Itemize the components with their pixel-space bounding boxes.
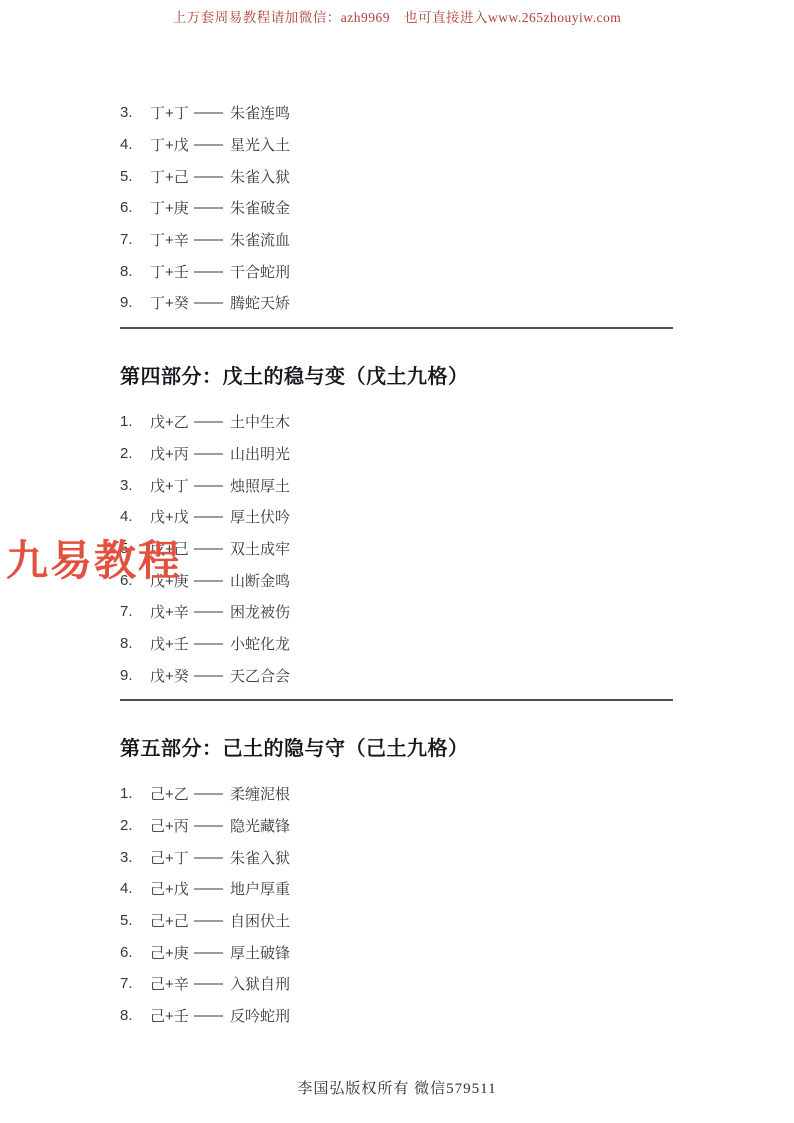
dash-separator: —— [194,508,230,525]
dash-separator: —— [194,849,230,866]
dash-separator: —— [194,445,230,462]
stem-pair: 己+庚 [150,942,194,963]
section-ding-list: 3. 丁+丁 —— 朱雀连鸣 4. 丁+戊 —— 星光入土 5. 丁+己 —— … [120,97,673,319]
section-wu: 第四部分：戊土的稳与变（戊土九格） 1. 戊+乙 —— 土中生木 2. 戊+丙 … [120,364,673,691]
dash-separator: —— [194,912,230,929]
item-name: 干合蛇刑 [230,261,673,282]
item-number: 5. [120,168,150,185]
section-divider [120,699,673,701]
dash-separator: —— [194,603,230,620]
dash-separator: —— [194,168,230,185]
dash-separator: —— [194,785,230,802]
item-name: 自困伏土 [230,910,673,931]
item-number: 9. [120,667,150,684]
list-item: 6. 戊+庚 —— 山断金鸣 [120,564,673,596]
stem-pair: 戊+戊 [150,506,194,527]
stem-pair: 己+戊 [150,878,194,899]
item-number: 3. [120,104,150,121]
item-name: 星光入土 [230,134,673,155]
item-number: 3. [120,477,150,494]
list-item: 8. 戊+壬 —— 小蛇化龙 [120,628,673,660]
dash-separator: —— [194,231,230,248]
stem-pair: 丁+丁 [150,102,194,123]
item-name: 天乙合会 [230,665,673,686]
list-item: 4. 戊+戊 —— 厚土伏吟 [120,501,673,533]
item-name: 朱雀破金 [230,197,673,218]
item-number: 2. [120,817,150,834]
list-item: 3. 己+丁 —— 朱雀入狱 [120,841,673,873]
stem-pair: 戊+壬 [150,633,194,654]
item-name: 腾蛇天矫 [230,292,673,313]
dash-separator: —— [194,817,230,834]
section-ji: 第五部分：己土的隐与守（己土九格） 1. 己+乙 —— 柔缠泥根 2. 己+丙 … [120,736,673,1032]
list-item: 9. 戊+癸 —— 天乙合会 [120,659,673,691]
list-wu: 1. 戊+乙 —— 土中生木 2. 戊+丙 —— 山出明光 3. 戊+丁 —— … [120,406,673,691]
stem-pair: 己+己 [150,910,194,931]
dash-separator: —— [194,667,230,684]
stem-pair: 丁+己 [150,166,194,187]
dash-separator: —— [194,136,230,153]
item-name: 朱雀入狱 [230,847,673,868]
item-name: 柔缠泥根 [230,783,673,804]
stem-pair: 丁+戊 [150,134,194,155]
stem-pair: 己+丁 [150,847,194,868]
item-name: 山出明光 [230,443,673,464]
item-name: 土中生木 [230,411,673,432]
list-item: 9. 丁+癸 —— 腾蛇天矫 [120,287,673,319]
dash-separator: —— [194,263,230,280]
list-item: 3. 丁+丁 —— 朱雀连鸣 [120,97,673,129]
item-name: 小蛇化龙 [230,633,673,654]
stem-pair: 己+乙 [150,783,194,804]
dash-separator: —— [194,104,230,121]
item-name: 反吟蛇刑 [230,1005,673,1026]
stem-pair: 己+辛 [150,973,194,994]
item-number: 7. [120,975,150,992]
item-number: 8. [120,635,150,652]
item-name: 隐光藏锋 [230,815,673,836]
list-item: 6. 丁+庚 —— 朱雀破金 [120,192,673,224]
item-number: 8. [120,263,150,280]
item-number: 3. [120,849,150,866]
stem-pair: 戊+丙 [150,443,194,464]
list-ding: 3. 丁+丁 —— 朱雀连鸣 4. 丁+戊 —— 星光入土 5. 丁+己 —— … [120,97,673,319]
list-item: 5. 戊+己 —— 双土成牢 [120,533,673,565]
item-name: 双土成牢 [230,538,673,559]
stem-pair: 戊+辛 [150,601,194,622]
dash-separator: —— [194,540,230,557]
list-item: 1. 己+乙 —— 柔缠泥根 [120,778,673,810]
stem-pair: 戊+癸 [150,665,194,686]
item-number: 1. [120,785,150,802]
item-number: 5. [120,912,150,929]
item-name: 厚土破锋 [230,942,673,963]
item-name: 烛照厚土 [230,475,673,496]
dash-separator: —— [194,572,230,589]
item-number: 2. [120,445,150,462]
section-heading-wu: 第四部分：戊土的稳与变（戊土九格） [120,364,673,391]
list-item: 4. 丁+戊 —— 星光入土 [120,129,673,161]
list-item: 7. 戊+辛 —— 困龙被伤 [120,596,673,628]
promo-header-text: 上万套周易教程请加微信：azh9969 也可直接进入www.265zhouyiw… [0,10,794,26]
list-item: 2. 己+丙 —— 隐光藏锋 [120,810,673,842]
stem-pair: 丁+庚 [150,197,194,218]
list-ji: 1. 己+乙 —— 柔缠泥根 2. 己+丙 —— 隐光藏锋 3. 己+丁 —— … [120,778,673,1032]
dash-separator: —— [194,199,230,216]
dash-separator: —— [194,944,230,961]
dash-separator: —— [194,294,230,311]
item-name: 厚土伏吟 [230,506,673,527]
copyright-footer-text: 李国弘版权所有 微信579511 [0,1080,794,1098]
stem-pair: 丁+壬 [150,261,194,282]
item-name: 朱雀流血 [230,229,673,250]
list-item: 5. 己+己 —— 自困伏土 [120,905,673,937]
item-name: 朱雀连鸣 [230,102,673,123]
list-item: 7. 丁+辛 —— 朱雀流血 [120,224,673,256]
item-number: 4. [120,508,150,525]
dash-separator: —— [194,635,230,652]
item-number: 4. [120,136,150,153]
page-content: 3. 丁+丁 —— 朱雀连鸣 4. 丁+戊 —— 星光入土 5. 丁+己 —— … [120,97,673,1032]
dash-separator: —— [194,975,230,992]
item-name: 地户厚重 [230,878,673,899]
section-heading-ji: 第五部分：己土的隐与守（己土九格） [120,736,673,763]
stem-pair: 己+壬 [150,1005,194,1026]
list-item: 3. 戊+丁 —— 烛照厚土 [120,469,673,501]
dash-separator: —— [194,413,230,430]
item-number: 1. [120,413,150,430]
list-item: 6. 己+庚 —— 厚土破锋 [120,936,673,968]
list-item: 8. 丁+壬 —— 干合蛇刑 [120,255,673,287]
stem-pair: 丁+辛 [150,229,194,250]
item-number: 4. [120,880,150,897]
watermark-text: 九易教程 [6,537,182,585]
list-item: 5. 丁+己 —— 朱雀入狱 [120,160,673,192]
item-name: 困龙被伤 [230,601,673,622]
item-number: 7. [120,231,150,248]
section-divider [120,327,673,329]
stem-pair: 戊+丁 [150,475,194,496]
dash-separator: —— [194,1007,230,1024]
document-page: 上万套周易教程请加微信：azh9969 也可直接进入www.265zhouyiw… [0,0,794,1123]
item-name: 入狱自刑 [230,973,673,994]
item-name: 朱雀入狱 [230,166,673,187]
item-name: 山断金鸣 [230,570,673,591]
dash-separator: —— [194,477,230,494]
stem-pair: 戊+乙 [150,411,194,432]
list-item: 1. 戊+乙 —— 土中生木 [120,406,673,438]
list-item: 8. 己+壬 —— 反吟蛇刑 [120,1000,673,1032]
item-number: 6. [120,944,150,961]
list-item: 2. 戊+丙 —— 山出明光 [120,438,673,470]
stem-pair: 己+丙 [150,815,194,836]
item-number: 6. [120,199,150,216]
item-number: 8. [120,1007,150,1024]
dash-separator: —— [194,880,230,897]
list-item: 4. 己+戊 —— 地户厚重 [120,873,673,905]
item-number: 9. [120,294,150,311]
item-number: 7. [120,603,150,620]
stem-pair: 丁+癸 [150,292,194,313]
list-item: 7. 己+辛 —— 入狱自刑 [120,968,673,1000]
